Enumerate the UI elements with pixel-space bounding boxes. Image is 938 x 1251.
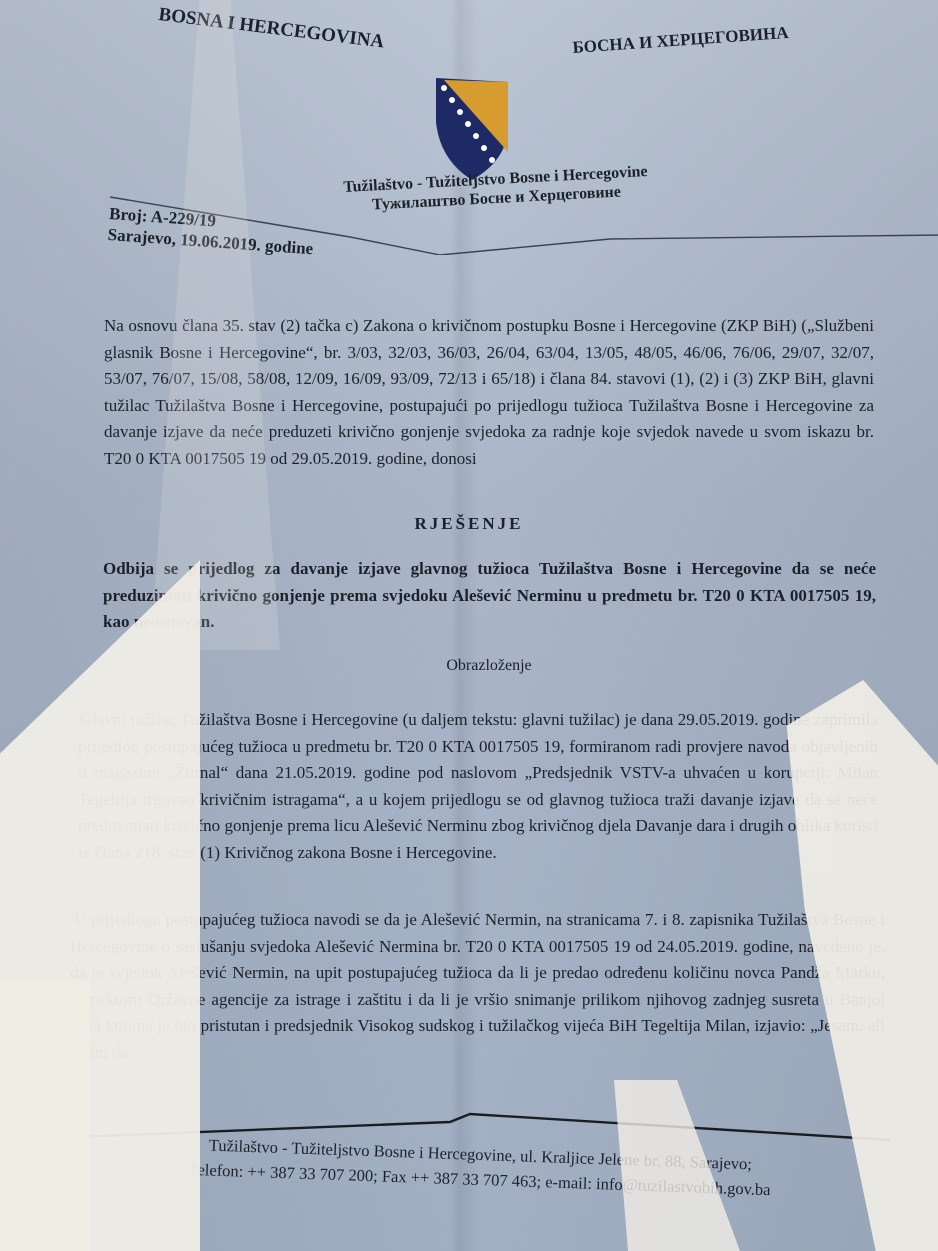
document-page: BOSNA I HERCEGOVINA БОСНА И ХЕРЦЕГОВИНА …: [0, 0, 938, 1251]
decision-text: Odbija se prijedlog za davanje izjave gl…: [103, 556, 876, 636]
bih-coat-of-arms-icon: [432, 72, 512, 182]
decision-title: RJEŠENJE: [0, 514, 938, 534]
reasoning-paragraph-2: U prijedlogu postupajućeg tužioca navodi…: [70, 907, 885, 1066]
country-name-cyrillic: БОСНА И ХЕРЦЕГОВИНА: [572, 23, 789, 58]
reasoning-title: Obrazloženje: [20, 657, 938, 675]
country-name-latin: BOSNA I HERCEGOVINA: [157, 4, 385, 54]
preamble-paragraph: Na osnovu člana 35. stav (2) tačka c) Za…: [104, 313, 874, 472]
reasoning-paragraph-1: Glavni tužilac Tužilaštva Bosne i Herceg…: [78, 707, 878, 866]
